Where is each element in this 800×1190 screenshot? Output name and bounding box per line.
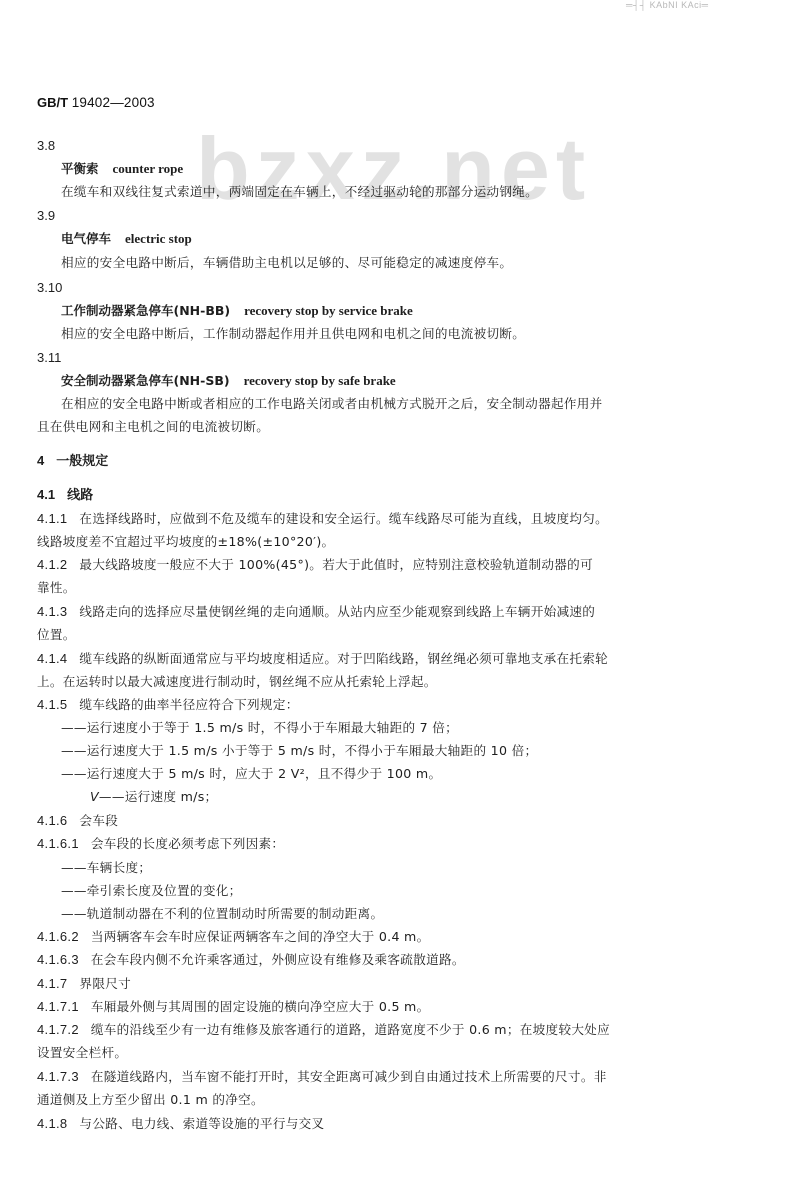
clause-4-1-6-1: 4.1.6.1会车段的长度必须考虑下列因素： — [37, 835, 284, 853]
term-entry: 安全制动器紧急停车(NH-SB)recovery stop by safe br… — [61, 372, 396, 391]
term-definition-cont: 且在供电网和主电机之间的电流被切断。 — [37, 418, 269, 436]
term-english: electric stop — [125, 231, 192, 246]
term-entry: 工作制动器紧急停车(NH-BB)recovery stop by service… — [61, 302, 413, 321]
variable-text: ——运行速度 m/s； — [99, 789, 218, 804]
clause-4-1-3: 4.1.3线路走向的选择应尽量使钢丝绳的走向通顺。从站内应至少能观察到线路上车辆… — [37, 603, 595, 621]
list-item: ——牵引索长度及位置的变化； — [61, 882, 242, 900]
section-title: 一般规定 — [56, 454, 108, 469]
list-item: ——轨道制动器在不利的位置制动时所需要的制动距离。 — [61, 905, 383, 923]
term-entry: 平衡索counter rope — [61, 160, 183, 179]
clause-4-1-4-cont: 上。在运转时以最大减速度进行制动时，钢丝绳不应从托索轮上浮起。 — [37, 673, 437, 691]
clause-4-1-4: 4.1.4缆车线路的纵断面通常应与平均坡度相适应。对于凹陷线路，钢丝绳必须可靠地… — [37, 650, 608, 668]
clause-4-1-7: 4.1.7界限尺寸 — [37, 975, 131, 993]
term-definition: 相应的安全电路中断后，工作制动器起作用并且供电网和电机之间的电流被切断。 — [61, 325, 525, 343]
term-english: recovery stop by service brake — [244, 303, 413, 318]
clause-number: 3.8 — [37, 137, 55, 155]
clause-4-1-7-1: 4.1.7.1车厢最外侧与其周围的固定设施的横向净空应大于 0.5 m。 — [37, 998, 430, 1016]
list-item: ——运行速度大于 5 m/s 时，应大于 2 V²，且不得少于 100 m。 — [61, 765, 441, 783]
clause-4-1-1: 4.1.1在选择线路时，应做到不危及缆车的建设和安全运行。缆车线路尽可能为直线，… — [37, 510, 608, 528]
clause-number: 3.10 — [37, 279, 62, 297]
term-chinese: 工作制动器紧急停车(NH-BB) — [61, 303, 230, 318]
clause-4-1-7-3-cont: 通道侧及上方至少留出 0.1 m 的净空。 — [37, 1091, 264, 1109]
clause-4-1-3-cont: 位置。 — [37, 626, 76, 644]
standard-code-prefix: GB/T — [37, 95, 68, 110]
standard-code-number: 19402—2003 — [72, 95, 155, 110]
term-chinese: 电气停车 — [61, 231, 111, 246]
variable-definition: V——运行速度 m/s； — [90, 788, 217, 806]
header-mark: ═┤┤ KAbNI KAci═ — [626, 0, 709, 10]
watermark: bzxz.net — [196, 118, 591, 220]
term-chinese: 平衡索 — [61, 161, 99, 176]
term-definition: 相应的安全电路中断后，车辆借助主电机以足够的、尽可能稳定的减速度停车。 — [61, 254, 512, 272]
clause-4-1-7-3: 4.1.7.3在隧道线路内，当车窗不能打开时，其安全距离可减少到自由通过技术上所… — [37, 1068, 607, 1086]
term-english: counter rope — [113, 161, 184, 176]
clause-4-1-5: 4.1.5缆车线路的曲率半径应符合下列规定： — [37, 696, 299, 714]
clause-4-1-1-cont: 线路坡度差不宜超过平均坡度的±18%(±10°20′)。 — [37, 533, 334, 551]
standard-code: GB/T 19402—2003 — [37, 95, 155, 110]
clause-4-1-2: 4.1.2最大线路坡度一般应不大于 100%(45°)。若大于此值时，应特别注意… — [37, 556, 593, 574]
subsection-title: 线路 — [67, 488, 93, 503]
term-english: recovery stop by safe brake — [244, 373, 396, 388]
clause-number: 3.11 — [37, 349, 61, 367]
clause-4-1-6-3: 4.1.6.3在会车段内侧不允许乘客通过，外侧应设有维修及乘客疏散道路。 — [37, 951, 465, 969]
section-heading: 4一般规定 — [37, 452, 108, 471]
clause-4-1-8: 4.1.8与公路、电力线、索道等设施的平行与交叉 — [37, 1115, 324, 1133]
variable-symbol: V — [90, 789, 99, 804]
term-definition: 在相应的安全电路中断或者相应的工作电路关闭或者由机械方式脱开之后，安全制动器起作… — [61, 395, 603, 413]
subsection-heading: 4.1线路 — [37, 486, 93, 505]
clause-4-1-2-cont: 靠性。 — [37, 579, 76, 597]
section-number: 4 — [37, 453, 44, 468]
clause-4-1-6-2: 4.1.6.2当两辆客车会车时应保证两辆客车之间的净空大于 0.4 m。 — [37, 928, 430, 946]
subsection-number: 4.1 — [37, 487, 55, 502]
list-item: ——运行速度大于 1.5 m/s 小于等于 5 m/s 时，不得小于车厢最大轴距… — [61, 742, 537, 760]
clause-4-1-7-2: 4.1.7.2缆车的沿线至少有一边有维修及旅客通行的道路，道路宽度不少于 0.6… — [37, 1021, 610, 1039]
term-entry: 电气停车electric stop — [61, 230, 192, 249]
term-definition: 在缆车和双线往复式索道中，两端固定在车辆上，不经过驱动轮的那部分运动钢绳。 — [61, 183, 538, 201]
term-chinese: 安全制动器紧急停车(NH-SB) — [61, 373, 230, 388]
list-item: ——运行速度小于等于 1.5 m/s 时，不得小于车厢最大轴距的 7 倍； — [61, 719, 458, 737]
clause-4-1-6: 4.1.6会车段 — [37, 812, 118, 830]
list-item: ——车辆长度； — [61, 859, 151, 877]
clause-number: 3.9 — [37, 207, 55, 225]
clause-4-1-7-2-cont: 设置安全栏杆。 — [37, 1044, 127, 1062]
